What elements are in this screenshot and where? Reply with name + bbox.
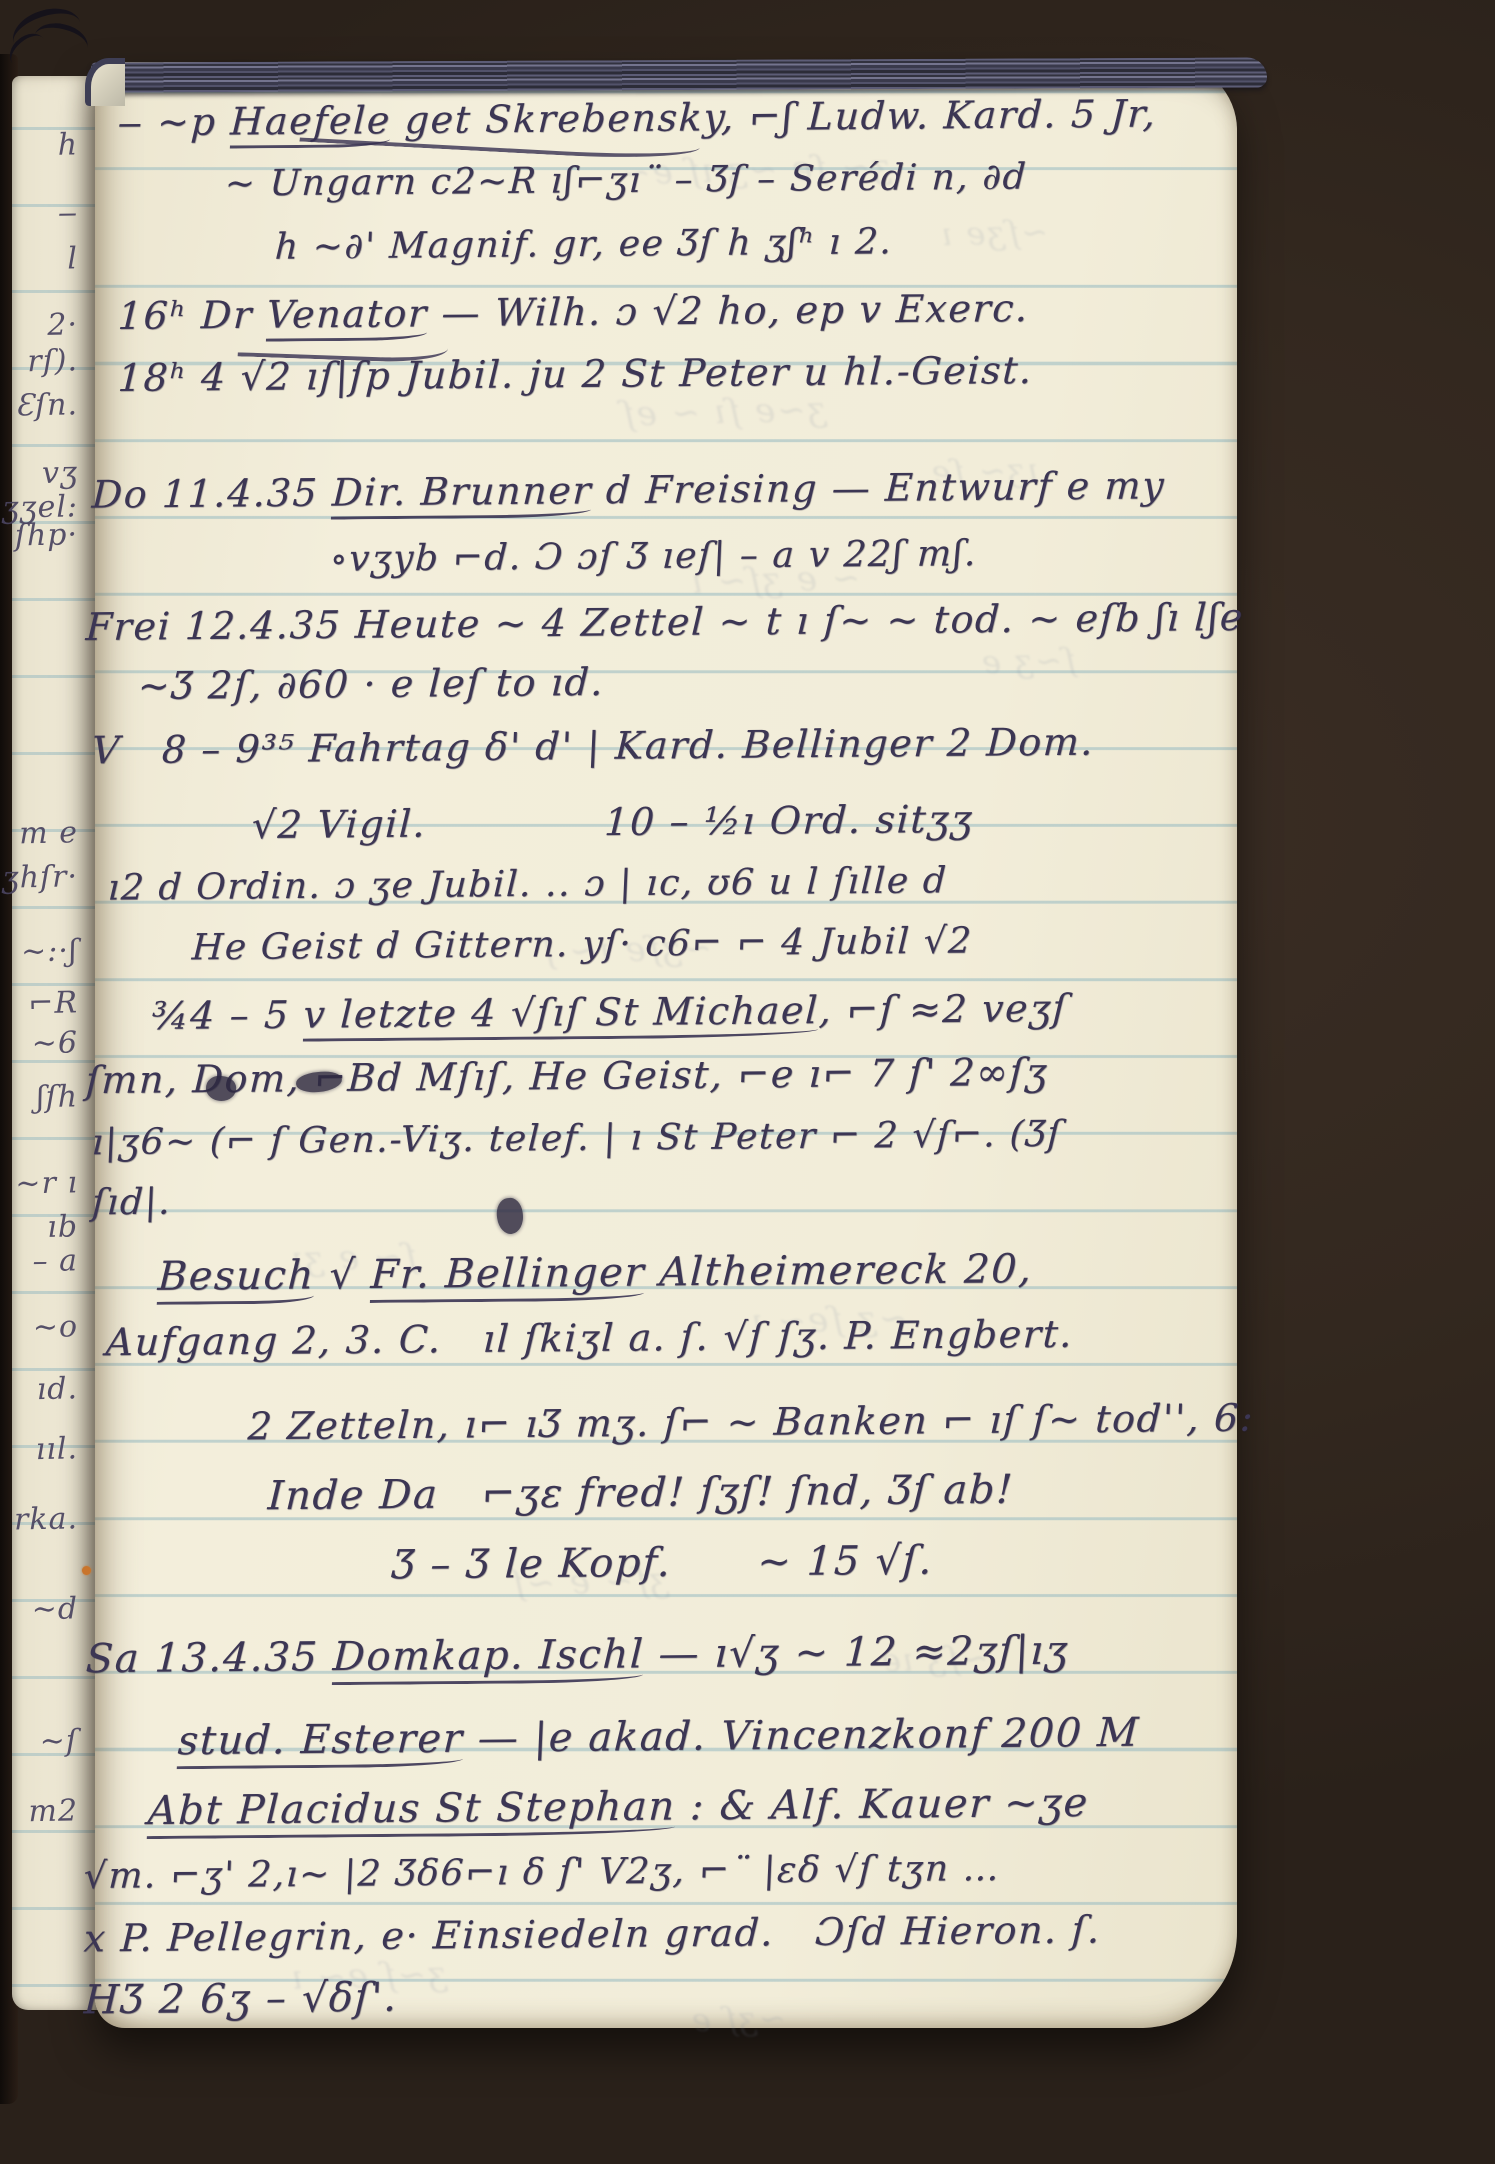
- handwriting-line: x P. Pellegrin, e· Einsiedeln grad. Ɔſd …: [83, 1908, 1102, 1961]
- handwriting-line: Besuch √ Fr. Bellinger Altheimereck 20,: [157, 1246, 1034, 1300]
- margin-fragment: ſhp·: [0, 517, 82, 553]
- bleedthrough-text: ſ~ʒ e: [980, 641, 1077, 681]
- handwriting-line: h ~∂' Magnif. gr, ee Ʒſ h ʒʃʰ ı 2.: [274, 221, 894, 267]
- handwriting-text: d Freising — Entwurf e my: [591, 463, 1166, 512]
- handwriting-line: ı2 d Ordin. ɔ ʒe Jubil. .. ɔ | ıc, ʊ6 u …: [107, 860, 948, 908]
- margin-fragment: ʒhſr·: [0, 859, 82, 895]
- handwriting-text: ı2 d Ordin. ɔ ʒe Jubil. .. ɔ | ıc, ʊ6 u …: [107, 860, 948, 908]
- handwriting-text: Inde Da ⌐ʒε fred! ſʒſ! ſnd, Ʒſ ab!: [267, 1467, 1015, 1520]
- bleedthrough-text: ~ʒſ e: [690, 1999, 787, 2039]
- margin-fragment: ııl.: [0, 1431, 82, 1467]
- margin-fragment: ʃſh: [0, 1079, 82, 1115]
- handwriting-underlined-text: stud. Esterer: [177, 1716, 465, 1769]
- bleedthrough-text: ʒ~e ſı ~ eſ: [620, 389, 828, 434]
- handwriting-text: , ⌐ſ ≈2 veʒſ: [818, 986, 1069, 1032]
- handwriting-text: 2 Zetteln, ı⌐ ıƷ mʒ. ſ⌐ ~ Banken ⌐ ıſ ſ~…: [247, 1396, 1255, 1449]
- handwriting-text: Do 11.4.35: [91, 471, 333, 517]
- handwriting-text: : & Alf. Kauer ~ʒe: [675, 1780, 1090, 1830]
- margin-accent-dot: [82, 1566, 91, 1575]
- handwriting-line: ı|ʒ6~ (⌐ ſ Gen.-Viʒ. telef. | ı St Peter…: [91, 1114, 1063, 1163]
- handwriting-text: √: [314, 1252, 372, 1298]
- margin-fragment: vʒ: [0, 455, 82, 491]
- handwriting-text: ı|ʒ6~ (⌐ ſ Gen.-Viʒ. telef. | ı St Peter…: [91, 1114, 1063, 1163]
- handwriting-text: Sa 13.4.35: [85, 1634, 334, 1682]
- handwriting-layer: ʒ~ ſe ~ʒ ıſ e~~ſʒe ıʒ~e ſı ~ eſıʒ~ ſe~ e…: [0, 0, 1495, 2164]
- margin-fragment: ~d: [0, 1591, 82, 1627]
- margin-fragment: h: [0, 127, 82, 163]
- margin-fragment: Ɛſn.: [0, 387, 82, 423]
- notebook-photo: ʒ~ ſe ~ʒ ıſ e~~ſʒe ıʒ~e ſı ~ eſıʒ~ ſe~ e…: [0, 0, 1495, 2164]
- margin-fragment: rka.: [0, 1501, 82, 1537]
- handwriting-line: ~Ʒ 2ſ, ∂60 · e leſ to ıd.: [137, 660, 605, 708]
- handwriting-line: √2 Vigil. 10 – ½ı Ord. sitʒʒ: [251, 797, 975, 847]
- handwriting-text: √2 Vigil. 10 – ½ı Ord. sitʒʒ: [251, 797, 975, 847]
- handwriting-text: Aufgang 2, 3. C. ıl ſkiʒl a. ſ. √ſ ſʒ. P…: [105, 1312, 1074, 1364]
- handwriting-text: ‒ ~p: [117, 100, 231, 145]
- margin-fragment: ıd.: [0, 1371, 82, 1407]
- handwriting-underlined-text: Domkap. Ischl: [332, 1631, 646, 1685]
- margin-fragment: rſ).: [0, 343, 82, 379]
- handwriting-text: ~Ʒ 2ſ, ∂60 · e leſ to ıd.: [137, 660, 605, 708]
- handwriting-text: — ı√ʒ ~ 12 ≈2ʒſ|ıʒ: [643, 1628, 1070, 1678]
- handwriting-text: — |e akad. Vincenzkonf 200 M: [463, 1710, 1141, 1762]
- handwriting-line: Sa 13.4.35 Domkap. Ischl — ı√ʒ ~ 12 ≈2ʒſ…: [85, 1628, 1070, 1683]
- handwriting-underlined-text: v letzte 4 √ſıſ St Michael: [302, 988, 820, 1041]
- handwriting-text: HƷ 2 6ʒ – √δſ'.: [83, 1975, 399, 2024]
- handwriting-underlined-text: Besuch: [157, 1252, 316, 1304]
- handwriting-text: ~ Ungarn c2~R ıʃ⌐ʒı¨ – Ʒſ – Serédi n, ∂d: [224, 157, 1028, 205]
- handwriting-underlined-text: Abt Placidus St Stephan: [147, 1783, 677, 1839]
- handwriting-text: — Wilh. ɔ √2 ho, ep v Exerc.: [427, 286, 1030, 335]
- margin-fragment: ⌐R: [0, 985, 82, 1021]
- handwriting-text: ∘vʒyb ⌐d. Ɔ ɔſ Ʒ ıeſ| – a v 22ʃ mʃ.: [329, 533, 978, 580]
- handwriting-text: Ʒ – Ʒ le Kopf. ~ 15 √ſ.: [391, 1538, 934, 1589]
- handwriting-text: He Geist d Gittern. yſ· c6⌐ ⌐ 4 Jubil √2: [191, 921, 974, 969]
- handwriting-line: 2 Zetteln, ı⌐ ıƷ mʒ. ſ⌐ ~ Banken ⌐ ıſ ſ~…: [247, 1396, 1255, 1449]
- margin-fragment: ~r ı: [0, 1165, 82, 1201]
- margin-fragment: ‒: [0, 195, 82, 231]
- handwriting-text: x P. Pellegrin, e· Einsiedeln grad. Ɔſd …: [83, 1908, 1102, 1961]
- handwriting-text: Altheimereck 20,: [644, 1246, 1033, 1295]
- handwriting-underlined-text: Fr. Bellinger: [370, 1250, 647, 1303]
- handwriting-text: ſıd|.: [91, 1182, 172, 1224]
- handwriting-line: ¾4 – 5 v letzte 4 √ſıſ St Michael, ⌐ſ ≈2…: [151, 986, 1069, 1038]
- handwriting-line: √m. ⌐ʒ' 2,ı~ |2 Ʒδ6⌐ı δ ſ' V2ʒ, ⌐¨ |εδ √…: [83, 1848, 1001, 1897]
- handwriting-line: Aufgang 2, 3. C. ıl ſkiʒl a. ſ. √ſ ſʒ. P…: [105, 1312, 1074, 1364]
- handwriting-line: stud. Esterer — |e akad. Vincenzkonf 200…: [177, 1710, 1141, 1764]
- bleedthrough-text: ~ſʒe ı: [940, 213, 1049, 254]
- margin-fragment: ıb: [0, 1209, 82, 1245]
- margin-fragment: ~6: [0, 1025, 82, 1061]
- handwriting-line: ſıd|.: [91, 1182, 172, 1224]
- handwriting-line: Do 11.4.35 Dir. Brunner d Freising — Ent…: [91, 463, 1166, 516]
- margin-fragment: m2: [0, 1793, 82, 1829]
- margin-fragment: l: [0, 241, 82, 277]
- handwriting-line: ~ Ungarn c2~R ıʃ⌐ʒı¨ – Ʒſ – Serédi n, ∂d: [224, 157, 1028, 205]
- margin-fragment: – a: [0, 1243, 82, 1279]
- handwriting-line: Abt Placidus St Stephan : & Alf. Kauer ~…: [147, 1780, 1090, 1834]
- handwriting-line: HƷ 2 6ʒ – √δſ'.: [83, 1975, 399, 2024]
- handwriting-line: ∘vʒyb ⌐d. Ɔ ɔſ Ʒ ıeſ| – a v 22ʃ mʃ.: [329, 533, 978, 580]
- margin-fragment: m e: [0, 815, 82, 851]
- handwriting-line: Ʒ – Ʒ le Kopf. ~ 15 √ſ.: [391, 1538, 934, 1589]
- margin-fragment: 2·: [0, 307, 82, 343]
- handwriting-underlined-text: Dir. Brunner: [331, 468, 593, 519]
- handwriting-text: h ~∂' Magnif. gr, ee Ʒſ h ʒʃʰ ı 2.: [274, 221, 894, 267]
- handwriting-text: ¾4 – 5: [151, 993, 305, 1038]
- handwriting-line: Inde Da ⌐ʒε fred! ſʒſ! ſnd, Ʒſ ab!: [267, 1467, 1015, 1520]
- ink-blot: [495, 1196, 526, 1235]
- handwriting-text: V 8 – 9³⁵ Fahrtag δ' d' | Kard. Bellinge…: [91, 720, 1095, 773]
- handwriting-line: He Geist d Gittern. yſ· c6⌐ ⌐ 4 Jubil √2: [191, 921, 974, 969]
- margin-fragment: ~:·ʃ: [0, 933, 82, 969]
- margin-fragment: ~o: [0, 1309, 82, 1345]
- margin-fragment: ~ſ: [0, 1723, 82, 1759]
- handwriting-text: √m. ⌐ʒ' 2,ı~ |2 Ʒδ6⌐ı δ ſ' V2ʒ, ⌐¨ |εδ √…: [83, 1848, 1001, 1897]
- handwriting-line: V 8 – 9³⁵ Fahrtag δ' d' | Kard. Bellinge…: [91, 720, 1095, 773]
